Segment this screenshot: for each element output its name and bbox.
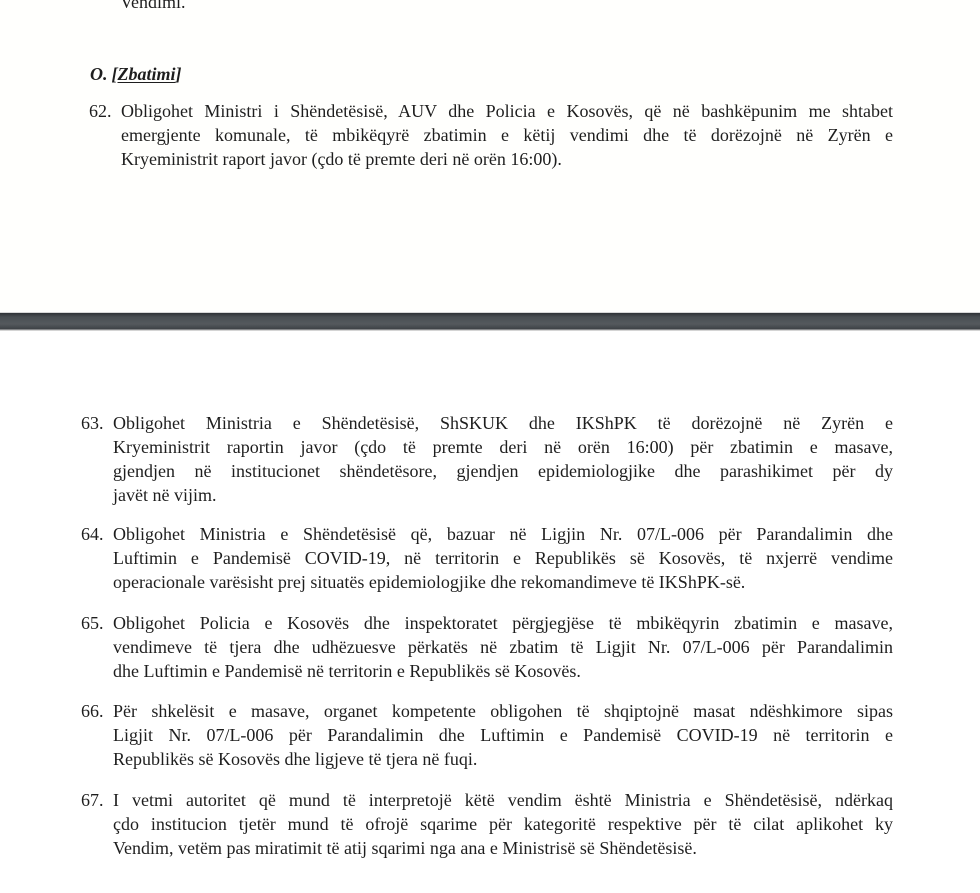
article-text: Për shkelësit e masave, organet kompeten… xyxy=(113,699,893,771)
article-number: 62. xyxy=(89,99,112,123)
text-line: emergjente komunale, të mbikëqyrë zbatim… xyxy=(121,123,893,147)
page-separator xyxy=(0,312,980,331)
text-line: gjendjen në institucionet shëndetësore, … xyxy=(113,459,893,483)
text-line: Kryeministrit raport javor (çdo të premt… xyxy=(121,147,893,171)
text-line: vendimeve të tjera dhe udhëzuesve përkat… xyxy=(113,635,893,659)
article-number: 67. xyxy=(81,788,104,812)
text-line: Obligohet Policia e Kosovës dhe inspekto… xyxy=(113,611,893,635)
article-text: Obligohet Ministri i Shëndetësisë, AUV d… xyxy=(121,99,893,171)
text-line: çdo institucion tjetër mund të ofrojë sq… xyxy=(113,812,893,836)
text-line: Obligohet Ministri i Shëndetësisë, AUV d… xyxy=(121,99,893,123)
text-line: dhe Luftimin e Pandemisë në territorin e… xyxy=(113,659,893,683)
article-number: 63. xyxy=(81,411,104,435)
article-number: 65. xyxy=(81,611,104,635)
article-number: 66. xyxy=(81,699,104,723)
text-line: Obligohet Ministria e Shëndetësisë, ShSK… xyxy=(113,411,893,435)
text-line: javët në vijim. xyxy=(113,483,893,507)
text-line: Luftimin e Pandemisë COVID-19, në territ… xyxy=(113,546,893,570)
article-text: Obligohet Ministria e Shëndetësisë që, b… xyxy=(113,522,893,594)
document-page-upper: Vendimi. O.[Zbatimi] 62. Obligohet Minis… xyxy=(0,0,980,312)
text-line: operacionale varësisht prej situatës epi… xyxy=(113,570,893,594)
section-letter: O. xyxy=(90,64,108,84)
article-text: I vetmi autoritet që mund të interpretoj… xyxy=(113,788,893,860)
article-number: 64. xyxy=(81,522,104,546)
text-line: Republikës së Kosovës dhe ligjeve të tje… xyxy=(113,747,893,771)
text-line: Obligohet Ministria e Shëndetësisë që, b… xyxy=(113,522,893,546)
text-line: Ligjit Nr. 07/L-006 për Parandalimin dhe… xyxy=(113,723,893,747)
text-line: Për shkelësit e masave, organet kompeten… xyxy=(113,699,893,723)
section-heading: O.[Zbatimi] xyxy=(90,63,182,85)
previous-paragraph-tail: Vendimi. xyxy=(120,0,186,13)
text-line: I vetmi autoritet që mund të interpretoj… xyxy=(113,788,893,812)
article-text: Obligohet Ministria e Shëndetësisë, ShSK… xyxy=(113,411,893,507)
section-title: Zbatimi xyxy=(118,64,176,84)
section-bracket-close: ] xyxy=(176,64,182,84)
text-line: Kryeministrit raportin javor (çdo të pre… xyxy=(113,435,893,459)
article-text: Obligohet Policia e Kosovës dhe inspekto… xyxy=(113,611,893,683)
text-line: Vendim, vetëm pas miratimit të atij sqar… xyxy=(113,836,893,860)
document-page-lower: 63. Obligohet Ministria e Shëndetësisë, … xyxy=(0,331,980,893)
